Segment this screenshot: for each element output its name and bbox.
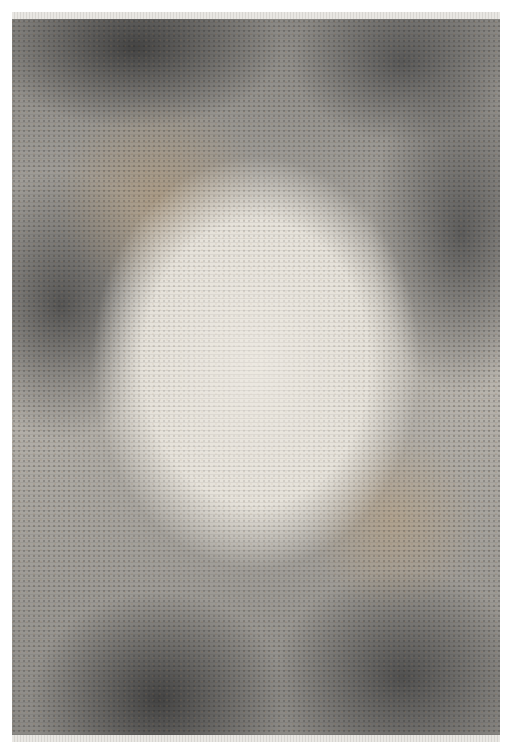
rug-fringe-top — [12, 12, 500, 19]
rug-weave-lines — [12, 19, 500, 735]
rug-fringe-bottom — [12, 735, 500, 742]
rug-product-image — [12, 12, 500, 742]
